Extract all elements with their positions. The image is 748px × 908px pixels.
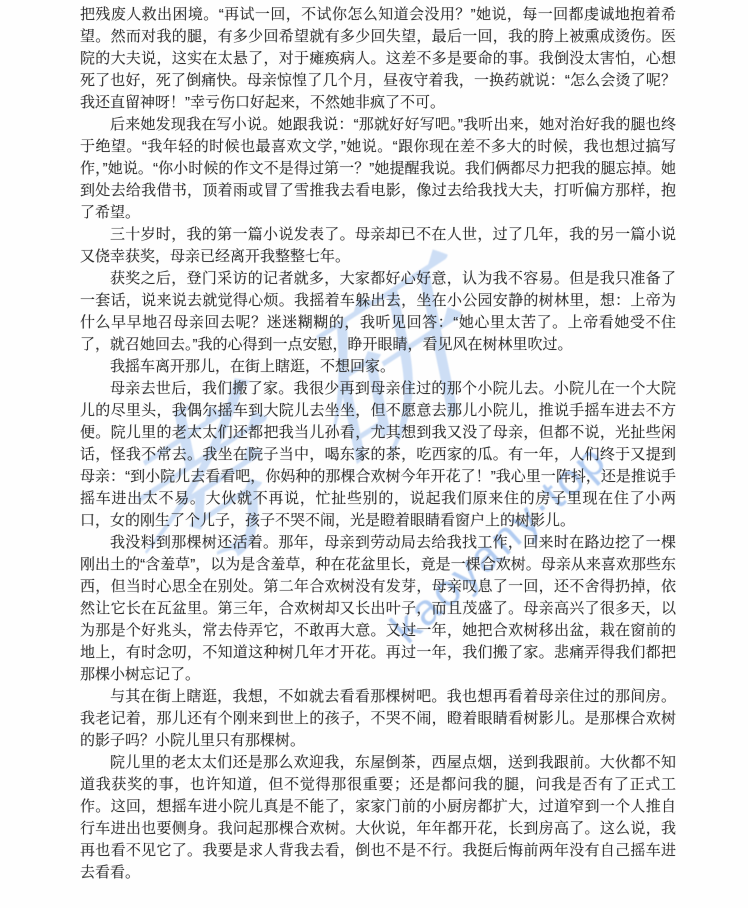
paragraph: 把残废人救出困境。“再试一回，不试你怎么知道会没用？”她说，每一回都虔诚地抱着希…	[80, 4, 676, 114]
paragraph: 院儿里的老太太们还是那么欢迎我，东屋倒茶，西屋点烟，送到我跟前。大伙都不知道我获…	[80, 752, 676, 884]
document-text: 把残废人救出困境。“再试一回，不试你怎么知道会没用？”她说，每一回都虔诚地抱着希…	[80, 4, 676, 884]
paragraph: 我摇车离开那儿，在街上瞎逛，不想回家。	[80, 356, 676, 378]
paragraph: 母亲去世后，我们搬了家。我很少再到母亲住过的那个小院儿去。小院儿在一个大院儿的尽…	[80, 378, 676, 532]
paragraph: 三十岁时，我的第一篇小说发表了。母亲却已不在人世，过了几年，我的另一篇小说又侥幸…	[80, 224, 676, 268]
paragraph: 获奖之后，登门采访的记者就多，大家都好心好意，认为我不容易。但是我只准备了一套话…	[80, 268, 676, 356]
paragraph: 与其在街上瞎逛，我想，不如就去看看那棵树吧。我也想再看着母亲住过的那间房。我老记…	[80, 686, 676, 752]
paragraph: 后来她发现我在写小说。她跟我说：“那就好好写吧。”我听出来，她对治好我的腿也终于…	[80, 114, 676, 224]
paragraph: 我没料到那棵树还活着。那年，母亲到劳动局去给我找工作，回来时在路边挖了一棵刚出土…	[80, 532, 676, 686]
scanned-document-page: 考研 kaoyany·top 把残废人救出困境。“再试一回，不试你怎么知道会没用…	[0, 0, 748, 908]
